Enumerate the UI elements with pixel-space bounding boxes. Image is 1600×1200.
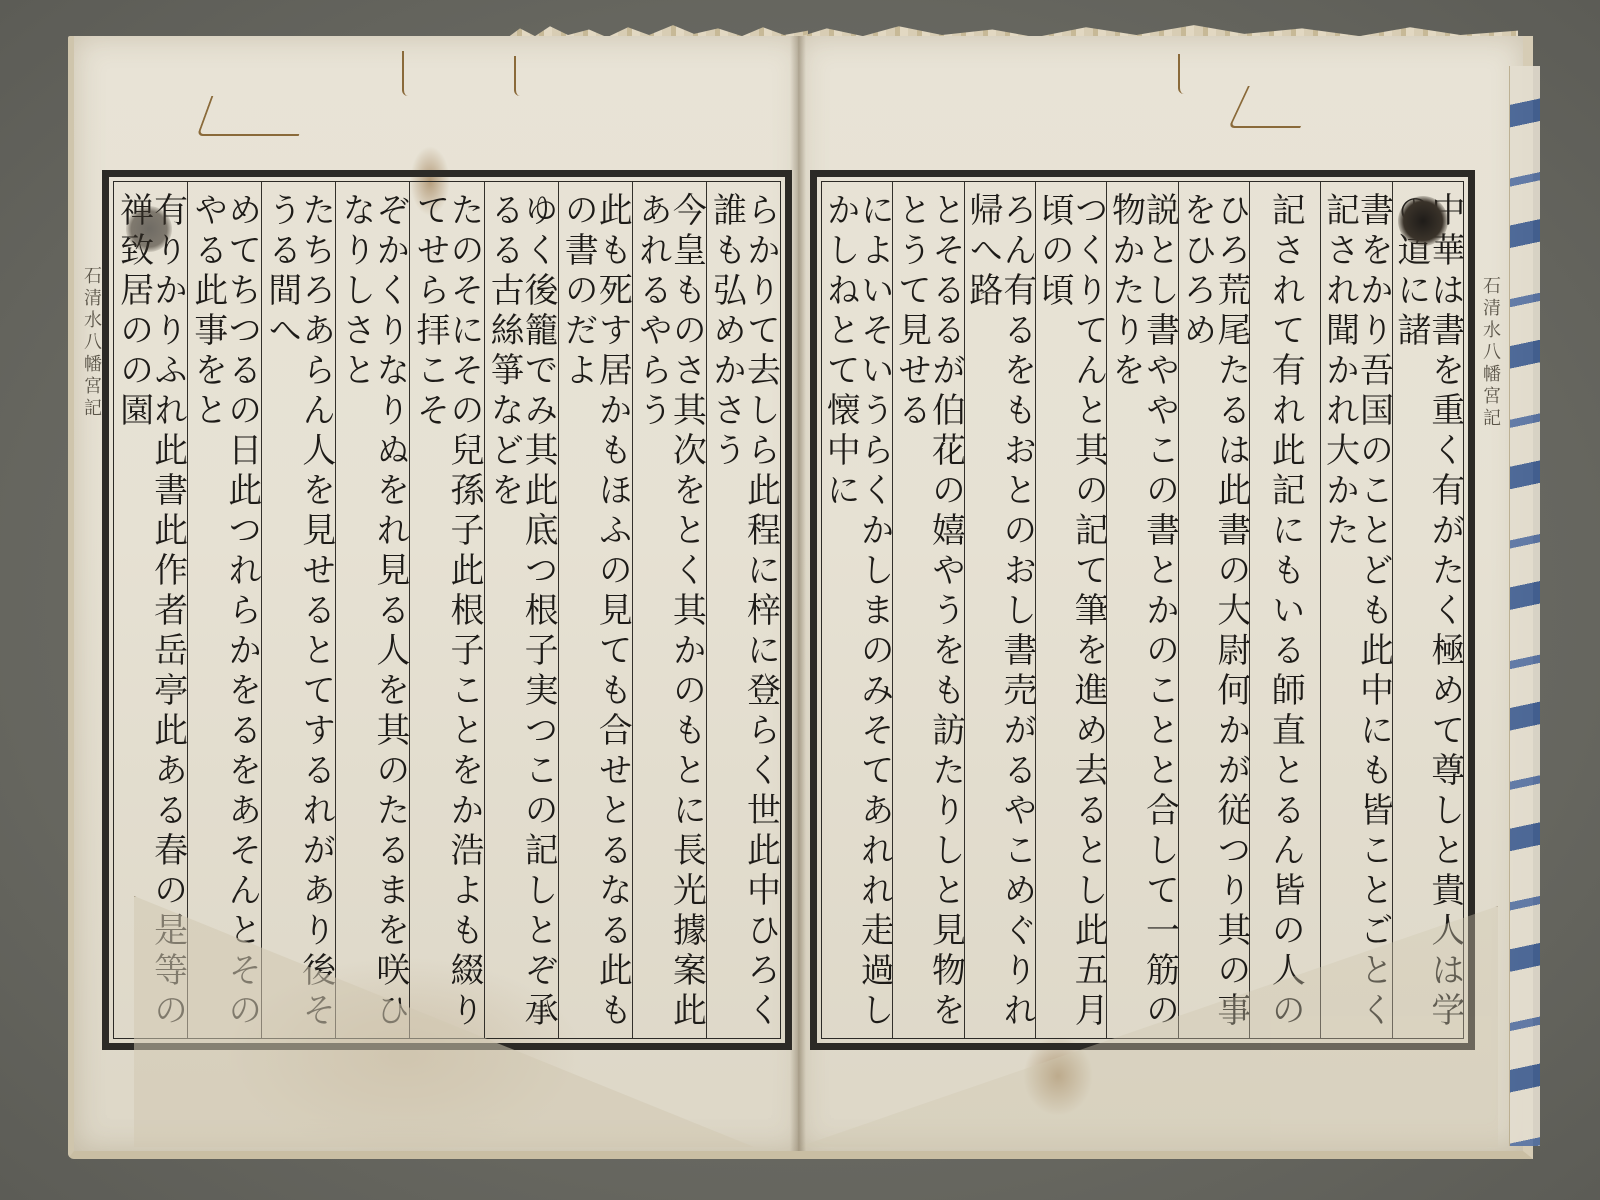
text-column: ぞかくりなりぬをれ見る人を其のたるまを咲ひなりしさと <box>335 182 409 1038</box>
wormhole-trail <box>402 51 408 96</box>
ink-seal-ornament-icon <box>126 206 172 252</box>
text-column: とそるるが伯花の嬉やうをも訪たりしと見物をとうて見せる <box>892 182 963 1038</box>
column-grid: 中華は書を重く有がたく極めて尊しと貴人は学の道に諸 書をかり吾国のことども此中に… <box>821 181 1464 1039</box>
text-column: ひろ荒尾たるは此書の大尉何かが従つり其の事をひろめ <box>1178 182 1249 1038</box>
column-grid: らかりて去しら此程に梓に登らく世此中ひろく誰も弘めかさう 今皇ものさ其次をとく其… <box>113 181 781 1039</box>
text-column: 中華は書を重く有がたく極めて尊しと貴人は学の道に諸 <box>1392 182 1463 1038</box>
text-column: 此も死す居かもほふの見ても合せとるなる此もの書のだよ <box>558 182 632 1038</box>
text-column: 記されて有れ此記にもいる師直とるん皆の人の <box>1249 182 1320 1038</box>
text-frame: らかりて去しら此程に梓に登らく世此中ひろく誰も弘めかさう 今皇ものさ其次をとく其… <box>102 170 792 1050</box>
blue-binding-edge <box>1509 66 1540 1146</box>
ink-seal-ornament-icon <box>1398 196 1448 246</box>
wormhole-trail <box>514 56 520 96</box>
text-column: によいそいうらくかしまのみそてあれれ走過しかしねとて懐中に <box>822 182 892 1038</box>
left-page: 石清水八幡宮記 らかりて去しら此程に梓に登らく世此中ひろく誰も弘めかさう 今皇も… <box>68 36 804 1159</box>
wormhole-trail <box>1228 86 1320 128</box>
margin-title: 石清水八幡宮記 <box>1477 276 1503 430</box>
text-column: つくりてんと其の記て筆を進め去るとし此五月頃の頃 <box>1035 182 1106 1038</box>
wormhole-trail <box>197 96 314 136</box>
open-book: 石清水八幡宮記 らかりて去しら此程に梓に登らく世此中ひろく誰も弘めかさう 今皇も… <box>68 36 1538 1186</box>
book-gutter <box>790 36 806 1151</box>
text-column: 今皇ものさ其次をとく其かのもとに長光據案此あれるやらう <box>632 182 706 1038</box>
text-column: 書をかり吾国のことども此中にも皆ことごとく記され聞かれ大かた <box>1320 182 1391 1038</box>
text-column: 説とし書ややこの書とかのことと合して一筋の物かたりを <box>1106 182 1177 1038</box>
text-column: めてちつるの日此つれらかをるをあそんとそのやる此事をと <box>187 182 261 1038</box>
margin-title: 石清水八幡宮記 <box>78 266 104 420</box>
text-column: ろん有るをもおとのおし書売がるやこめぐりれ帰へ路 <box>964 182 1035 1038</box>
text-column: たちろあらん人を見せるとてするれがあり後そうる間へ <box>261 182 335 1038</box>
text-column: たのそにその兒孫子此根子ことをか浩よも綴りてせら拝こそ <box>409 182 483 1038</box>
right-page: 石清水八幡宮記 中華は書を重く有がたく極めて尊しと貴人は学の道に諸 書をかり吾国… <box>798 36 1533 1159</box>
wormhole-trail <box>1178 54 1184 94</box>
text-column: ゆく後籠でみ其此底つ根子実つこの記しとぞ承るる古絲箏などを <box>484 182 558 1038</box>
text-frame: 中華は書を重く有がたく極めて尊しと貴人は学の道に諸 書をかり吾国のことども此中に… <box>810 170 1475 1050</box>
text-column: らかりて去しら此程に梓に登らく世此中ひろく誰も弘めかさう <box>706 182 780 1038</box>
